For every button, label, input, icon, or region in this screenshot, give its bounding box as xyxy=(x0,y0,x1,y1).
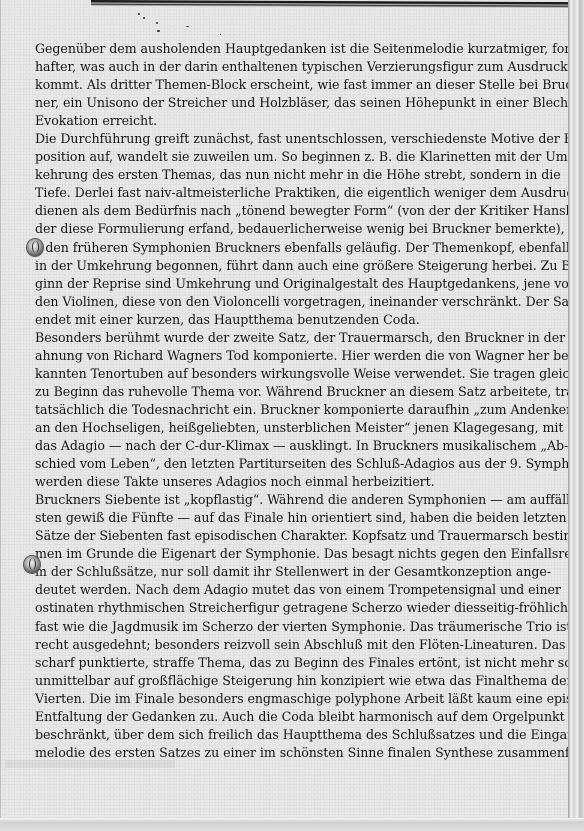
text-line: an den Hochseligen, heißgeliebten, unste… xyxy=(35,419,531,437)
text-line: Gegenüber dem ausholenden Hauptgedanken … xyxy=(35,40,531,58)
text-line: position auf, wandelt sie zuweilen um. S… xyxy=(35,148,531,166)
text-line: recht ausgedehnt; besonders reizvoll sei… xyxy=(35,636,531,654)
hole-punch-mark xyxy=(24,556,40,573)
scan-speck xyxy=(157,30,160,32)
text-line: schied vom Leben“, den letzten Partiturs… xyxy=(35,455,531,473)
text-line: hafter, was auch in der darin enthaltene… xyxy=(35,58,531,76)
text-line: zu Beginn das ruhevolle Thema vor. Währe… xyxy=(35,383,531,401)
page-top-edge-shadow xyxy=(91,0,584,8)
text-line: das Adagio — nach der C-dur-Klimax — aus… xyxy=(35,437,531,455)
text-line: deutet werden. Nach dem Adagio mutet das… xyxy=(35,581,531,599)
text-line: kehrung des ersten Themas, das nun nicht… xyxy=(35,166,531,184)
text-line: der diese Formulierung erfand, bedauerli… xyxy=(35,220,531,238)
scan-speck xyxy=(186,26,189,27)
text-line: s den früheren Symphonien Bruckners eben… xyxy=(35,239,531,257)
scanned-page: Gegenüber dem ausholenden Hauptgedanken … xyxy=(0,0,569,818)
scan-speck xyxy=(156,22,158,24)
text-line: werden diese Takte unseres Adagios noch … xyxy=(35,473,531,491)
text-line: Tiefe. Derlei fast naiv-altmeisterliche … xyxy=(35,184,531,202)
text-line: ostinaten rhythmischen Streicherfigur ge… xyxy=(35,599,531,617)
scan-speck xyxy=(138,13,140,15)
text-line: men im Grunde die Eigenart der Symphonie… xyxy=(35,545,531,563)
text-line: Sätze der Siebenten fast episodischen Ch… xyxy=(35,527,531,545)
text-line: scharf punktierte, straffe Thema, das zu… xyxy=(35,654,531,672)
text-line: in der Umkehrung begonnen, führt dann au… xyxy=(35,257,531,275)
body-text: Gegenüber dem ausholenden Hauptgedanken … xyxy=(35,40,531,762)
text-line: Besonders berühmt wurde der zweite Satz,… xyxy=(35,329,531,347)
text-line: ner, ein Unisono der Streicher und Holzb… xyxy=(35,94,531,112)
scan-speck xyxy=(220,34,221,35)
text-line: Evokation erreicht. xyxy=(35,112,531,130)
text-line: kommt. Als dritter Themen-Block erschein… xyxy=(35,76,531,94)
scan-speck xyxy=(143,17,145,19)
text-line: beschränkt, über dem sich freilich das H… xyxy=(35,726,531,744)
text-line: Vierten. Die im Finale besonders engmasc… xyxy=(35,690,531,708)
text-line: Entfaltung der Gedanken zu. Auch die Cod… xyxy=(35,708,531,726)
text-line: fast wie die Jagdmusik im Scherzo der vi… xyxy=(35,618,531,636)
text-line: endet mit einer kurzen, das Hauptthema b… xyxy=(35,311,531,329)
text-line: kannten Tenortuben auf besonders wirkung… xyxy=(35,365,531,383)
page-right-edge-shadow xyxy=(568,0,584,831)
text-line: unmittelbar auf großflächige Steigerung … xyxy=(35,672,531,690)
hole-punch-mark xyxy=(27,239,43,256)
paragraph: Besonders berühmt wurde der zweite Satz,… xyxy=(35,329,531,491)
text-line: tatsächlich die Todesnachricht ein. Bruc… xyxy=(35,401,531,419)
text-line: Bruckners Siebente ist „kopflastig“. Wäh… xyxy=(35,491,531,509)
paragraph: Bruckners Siebente ist „kopflastig“. Wäh… xyxy=(35,491,531,762)
text-line: melodie des ersten Satzes zu einer im sc… xyxy=(35,744,531,762)
text-line: ahnung von Richard Wagners Tod komponier… xyxy=(35,347,531,365)
text-line: dienen als dem Bedürfnis nach „tönend be… xyxy=(35,202,531,220)
text-line: ginn der Reprise sind Umkehrung und Orig… xyxy=(35,275,531,293)
text-line: den Violinen, diese von den Violoncelli … xyxy=(35,293,531,311)
text-line: sten gewiß die Fünfte — auf das Finale h… xyxy=(35,509,531,527)
text-line: m der Schlußsätze, nur soll damit ihr St… xyxy=(35,563,531,581)
paragraph: Gegenüber dem ausholenden Hauptgedanken … xyxy=(35,40,531,130)
text-line: Die Durchführung greift zunächst, fast u… xyxy=(35,130,531,148)
page-bottom-edge xyxy=(0,818,584,831)
paragraph: Die Durchführung greift zunächst, fast u… xyxy=(35,130,531,329)
